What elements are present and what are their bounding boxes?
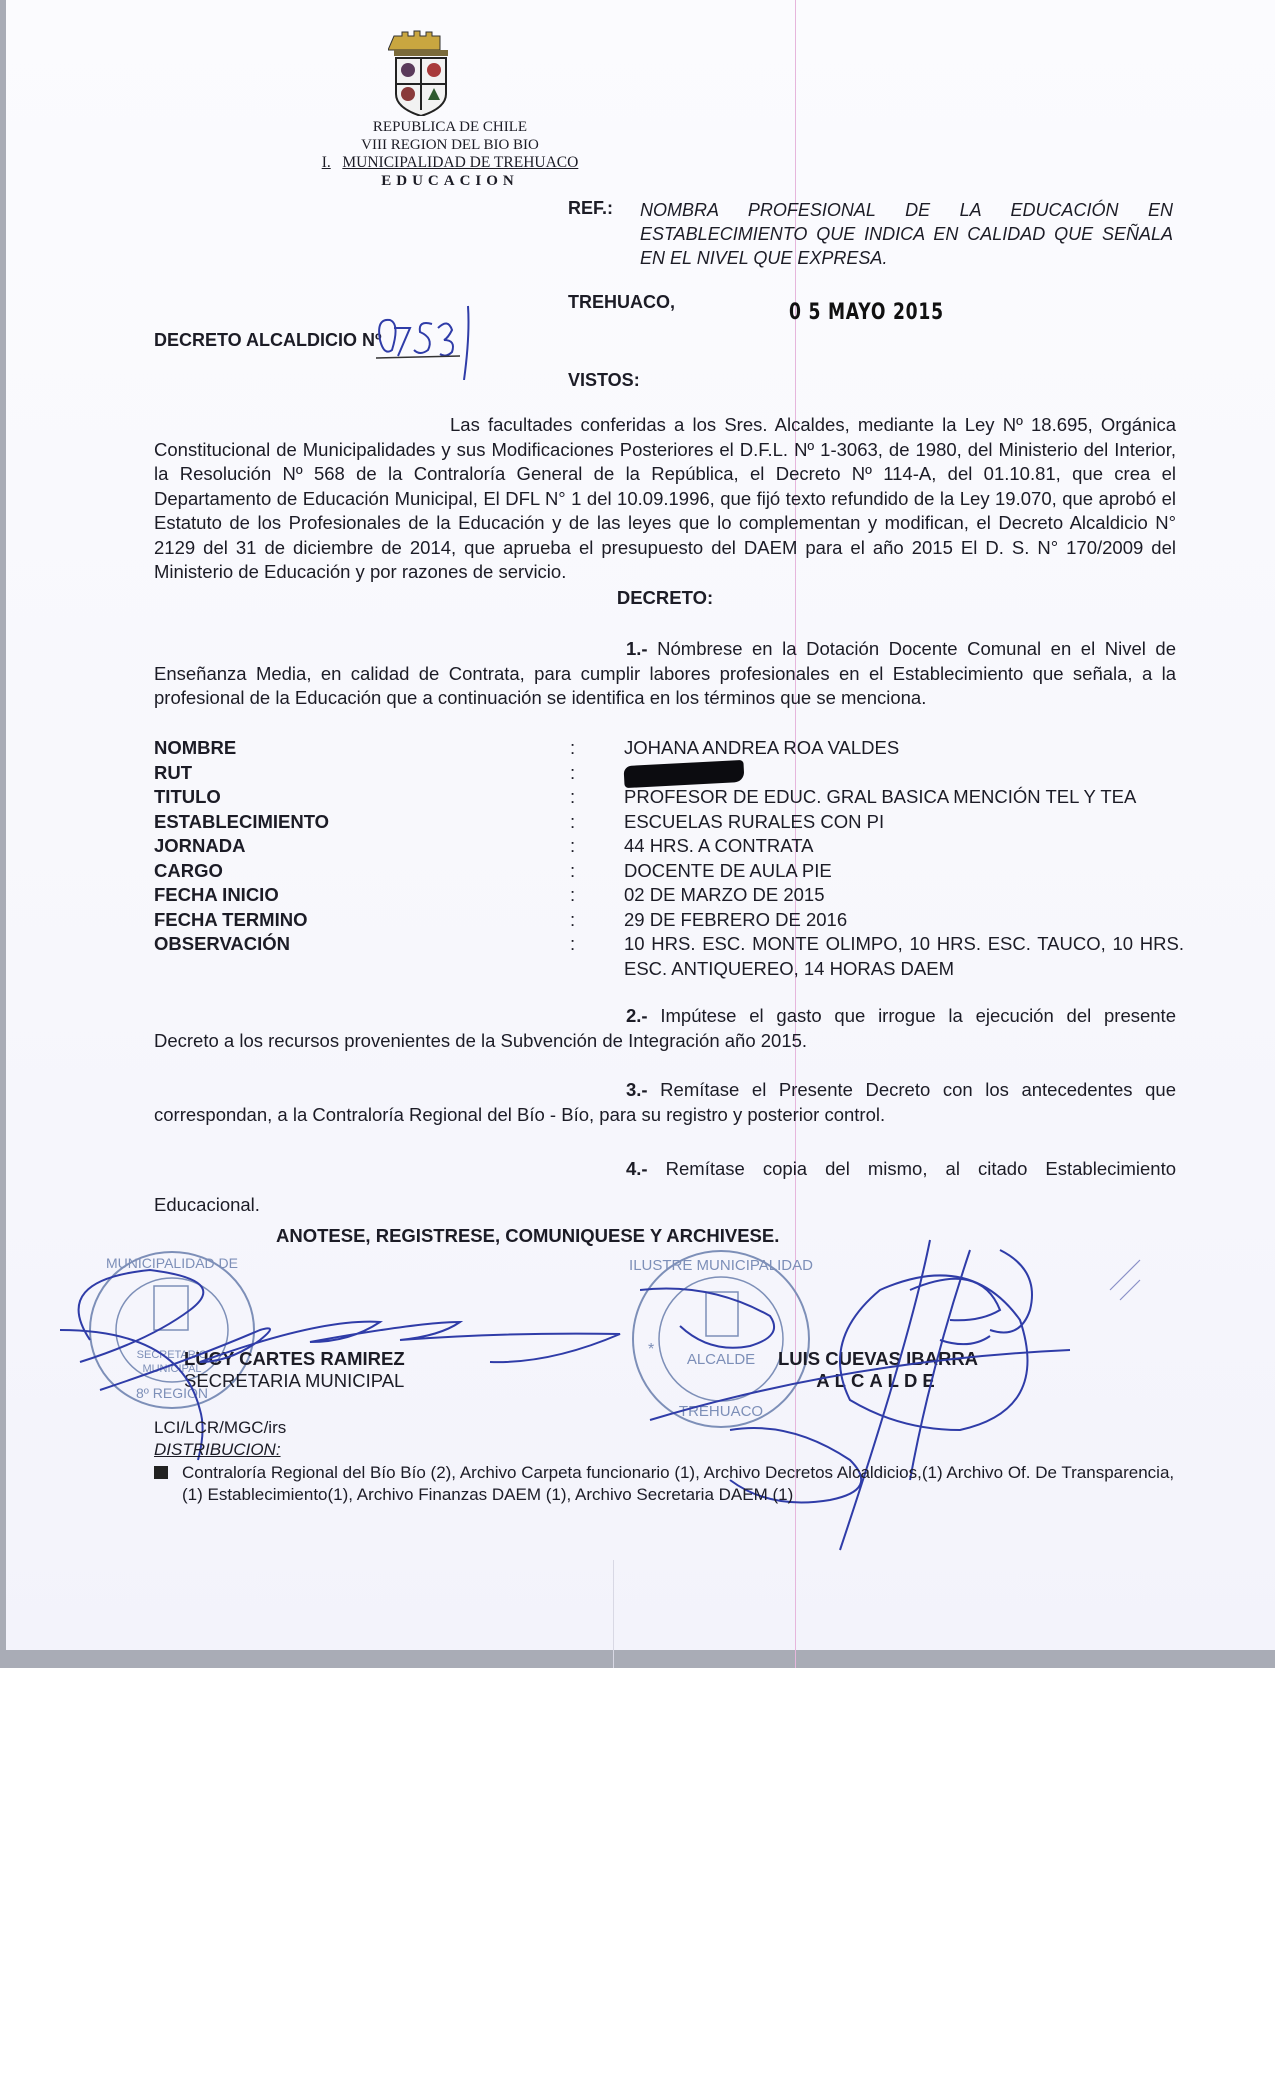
bullet-icon (154, 1466, 168, 1479)
item-number: 2.- (626, 1005, 648, 1026)
vistos-label: VISTOS: (568, 370, 640, 391)
redacted-value (624, 759, 745, 787)
decree-item-2: 2.- Impútese el gasto que irrogue la eje… (154, 1004, 1176, 1053)
item-text: Nómbrese en la Dotación Docente Comunal … (154, 638, 1176, 708)
coat-of-arms-icon (388, 30, 454, 116)
detail-row: TITULO:PROFESOR DE EDUC. GRAL BASICA MEN… (154, 785, 1184, 810)
fold-line (613, 1560, 614, 1668)
distribution-label: DISTRIBUCION: (154, 1440, 281, 1460)
municipality-name: MUNICIPALIDAD DE TREHUACO (342, 154, 578, 171)
detail-row: RUT: (154, 761, 1184, 786)
ref-label: REF.: (568, 198, 613, 219)
secretary-name: LUCY CARTES RAMIREZ (184, 1348, 405, 1370)
ref-text: NOMBRA PROFESIONAL DE LA EDUCACIÓN EN ES… (640, 198, 1173, 270)
header-country: REPUBLICA DE CHILE (270, 118, 630, 136)
item-number: 3.- (626, 1079, 648, 1100)
detail-row: CARGO:DOCENTE DE AULA PIE (154, 859, 1184, 884)
mayor-role: ALCALDE (773, 1370, 983, 1392)
mayor-signature-block: LUIS CUEVAS IBARRA ALCALDE (773, 1348, 983, 1392)
distribution-text: Contraloría Regional del Bío Bío (2), Ar… (182, 1462, 1178, 1506)
header-municipality: I. MUNICIPALIDAD DE TREHUACO (270, 154, 630, 172)
detail-row: ESTABLECIMIENTO:ESCUELAS RURALES CON PI (154, 810, 1184, 835)
mayor-name: LUIS CUEVAS IBARRA (773, 1348, 983, 1370)
item-text: Impútese el gasto que irrogue la ejecuci… (154, 1005, 1176, 1051)
decree-item-4: 4.- Remítase copia del mismo, al citado … (154, 1151, 1176, 1223)
detail-row: FECHA INICIO:02 DE MARZO DE 2015 (154, 883, 1184, 908)
header-region: VIII REGION DEL BIO BIO (270, 136, 630, 154)
detail-row: OBSERVACIÓN:10 HRS. ESC. MONTE OLIMPO, 1… (154, 932, 1184, 981)
detail-row: FECHA TERMINO:29 DE FEBRERO DE 2016 (154, 908, 1184, 933)
secretary-role: SECRETARIA MUNICIPAL (184, 1370, 405, 1392)
item-text: Remítase el Presente Decreto con los ant… (154, 1079, 1176, 1125)
municipality-prefix: I. (322, 154, 331, 171)
decree-item-3: 3.- Remítase el Presente Decreto con los… (154, 1078, 1176, 1127)
place: TREHUACO, (568, 292, 675, 313)
date-stamp: 0 5 MAYO 2015 (789, 300, 944, 325)
distribution-list-item: Contraloría Regional del Bío Bío (2), Ar… (154, 1462, 1178, 1506)
initials: LCI/LCR/MGC/irs (154, 1418, 286, 1438)
header-department: EDUCACION (270, 172, 630, 190)
decree-item-1: 1.- Nómbrese en la Dotación Docente Comu… (154, 637, 1176, 711)
detail-row: NOMBRE:JOHANA ANDREA ROA VALDES (154, 736, 1184, 761)
secretary-signature-block: LUCY CARTES RAMIREZ SECRETARIA MUNICIPAL (184, 1348, 405, 1392)
vistos-paragraph: Las facultades conferidas a los Sres. Al… (154, 413, 1176, 585)
item-number: 4.- (626, 1158, 648, 1179)
item-number: 1.- (626, 638, 648, 659)
decree-number-handwritten (372, 300, 512, 380)
closing-formula: ANOTESE, REGISTRESE, COMUNIQUESE Y ARCHI… (276, 1225, 779, 1247)
decree-label: DECRETO ALCALDICIO Nº (154, 330, 382, 351)
item-text: Remítase copia del mismo, al citado Esta… (154, 1158, 1176, 1215)
details-table: NOMBRE:JOHANA ANDREA ROA VALDES RUT: TIT… (154, 736, 1184, 981)
decreto-label: DECRETO: (154, 587, 1176, 609)
detail-row: JORNADA:44 HRS. A CONTRATA (154, 834, 1184, 859)
